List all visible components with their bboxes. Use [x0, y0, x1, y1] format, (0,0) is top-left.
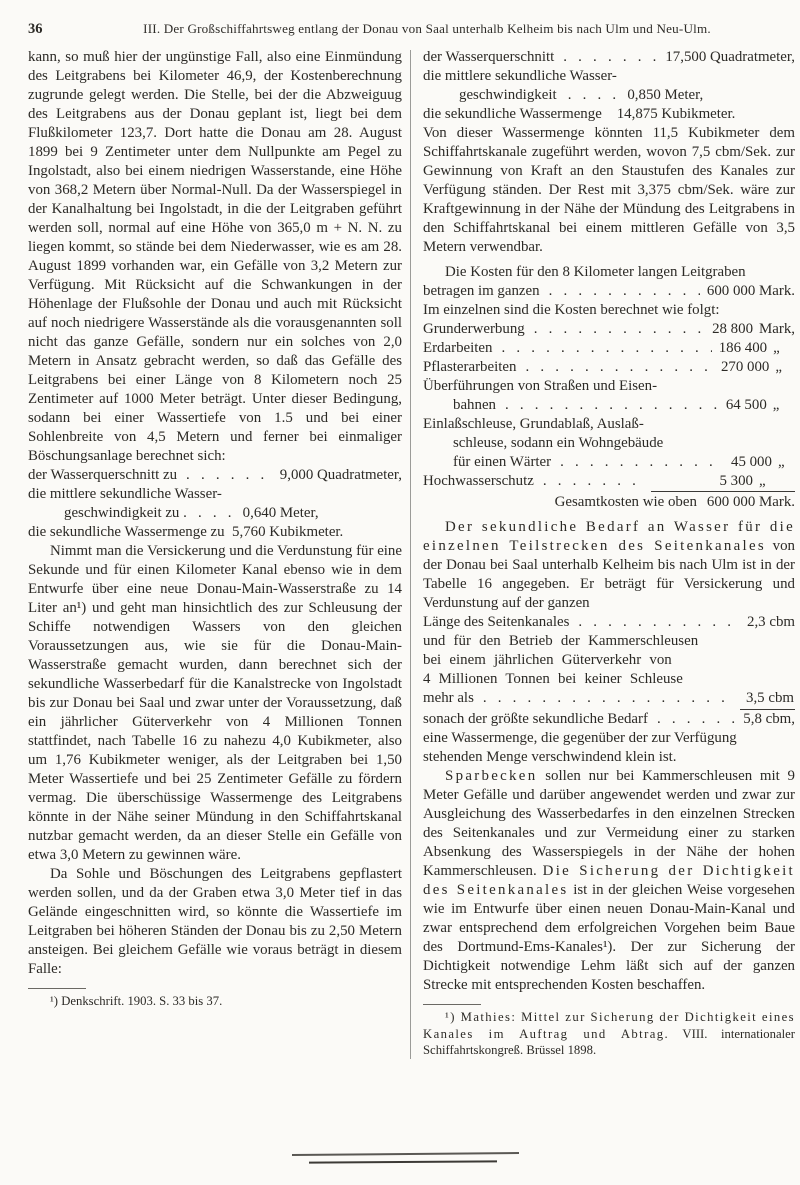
- water-velocity-label-line: die mittlere sekundliche Wasser-: [423, 67, 795, 86]
- line-label: der Wasserquerschnitt zu: [28, 466, 177, 485]
- cost-amount: 64 500: [726, 396, 767, 415]
- water-volume-line: die sekundliche Wassermenge zu 5,760 Kub…: [28, 523, 402, 542]
- paragraph-wassermenge: Von dieser Wassermenge könnten 11,5 Kubi…: [423, 124, 795, 257]
- cost-row-schleusen: Einlaßschleuse, Grundablaß, Auslaß- schl…: [423, 415, 795, 472]
- leader-dots: . . . . . . . . . . . . . . . . . . . . …: [543, 472, 644, 491]
- text-columns: kann, so muß hier der ungünstige Fall, a…: [0, 46, 800, 1059]
- line-value: 600 000 Mark.: [707, 282, 795, 301]
- footnote-right: ¹) Mathies: Mittel zur Sicherung der Dic…: [423, 1009, 795, 1059]
- cost-unit: „: [769, 358, 795, 377]
- water-volume-line: die sekundliche Wassermenge 14,875 Kubik…: [423, 105, 795, 124]
- line-value: 9,000 Quadratmeter,: [280, 466, 402, 485]
- line-value: 2,3 cbm: [747, 613, 795, 632]
- cost-amount: 5 300: [689, 472, 753, 491]
- bedarf-line-schluss2: stehenden Menge verschwindend klein ist.: [423, 748, 795, 767]
- cost-intro-line: Die Kosten für den 8 Kilometer langen Le…: [423, 263, 795, 282]
- cost-section: Die Kosten für den 8 Kilometer langen Le…: [423, 263, 795, 512]
- plain-text: ist in der gleichen Weise vorgesehen wie…: [423, 882, 795, 993]
- bedarf-line-tonnen: 4 Millionen Tonnen bei keiner Schleuse: [423, 670, 795, 689]
- bedarf-line-laenge: Länge des Seitenkanales . . . . . . . . …: [423, 613, 795, 632]
- leader-dots: . . . . . . . . . . . . . . . . . . . . …: [483, 689, 733, 708]
- water-cross-section-line: der Wasserquerschnitt zu . . . . . . . .…: [28, 466, 402, 485]
- cost-label: Erdarbeiten: [423, 339, 492, 358]
- paragraph-bedarf-intro: Der sekundliche Bedarf an Wasser für die…: [423, 518, 795, 613]
- footnote-rule: [28, 988, 86, 989]
- cost-label: Hochwasserschutz: [423, 472, 534, 491]
- cost-label: Grunderwerbung: [423, 320, 525, 339]
- bedarf-line-summe: sonach der größte sekundliche Bedarf . .…: [423, 710, 795, 729]
- column-divider: [410, 50, 411, 1059]
- paragraph-sohle: Da Sohle und Böschungen des Leitgrabens …: [28, 865, 402, 979]
- cost-unit: „: [753, 472, 795, 491]
- line-value-underlined: 3,5 cbm: [740, 689, 795, 710]
- bedarf-line-mehr-als: mehr als . . . . . . . . . . . . . . . .…: [423, 689, 795, 710]
- cost-total-intro-line: betragen im ganzen . . . . . . . . . . .…: [423, 282, 795, 301]
- cost-list-header: Im einzelnen sind die Kosten berechnet w…: [423, 301, 795, 320]
- cost-row-ueberfuehrungen: Überführungen von Straßen und Eisen- bah…: [423, 377, 795, 415]
- footnote-left: ¹) Denkschrift. 1903. S. 33 bis 37.: [28, 993, 402, 1010]
- leader-dots: . . . . . . . . . . . . . . . . . . . . …: [657, 710, 736, 729]
- bedarf-line-gueterverkehr: bei einem jährlichen Güterverkehr von: [423, 651, 795, 670]
- cost-label-line1: Überführungen von Straßen und Eisen-: [423, 377, 795, 396]
- leader-dots: . . . . . . . . . . . . . . . . . . . . …: [534, 320, 705, 339]
- total-label: Gesamtkosten wie oben: [555, 493, 697, 512]
- line-label: Länge des Seitenkanales: [423, 613, 569, 632]
- cost-row-erdarbeiten: Erdarbeiten . . . . . . . . . . . . . . …: [423, 339, 795, 358]
- leader-dots: . . . . . . . . . . . . . . . . . . . . …: [525, 358, 714, 377]
- cost-amount: 186 400: [719, 339, 767, 358]
- paragraph-sparbecken: Sparbecken sollen nur bei Kammerschleuse…: [423, 767, 795, 995]
- cost-amount: 28 800: [712, 320, 753, 339]
- spaced-text: Der sekundliche Bedarf an Wasser für die…: [423, 519, 795, 554]
- cost-row-hochwasserschutz: Hochwasserschutz . . . . . . . . . . . .…: [423, 472, 795, 492]
- bedarf-section: Der sekundliche Bedarf an Wasser für die…: [423, 518, 795, 767]
- cost-amount: 45 000: [731, 453, 772, 472]
- line-label: der Wasserquerschnitt: [423, 48, 554, 67]
- left-column: kann, so muß hier der ungünstige Fall, a…: [28, 48, 402, 1059]
- water-cross-section-line: der Wasserquerschnitt . . . . . . . . . …: [423, 48, 795, 67]
- leader-dots: . . . . . . . . . . . . . . . . . . . . …: [578, 613, 740, 632]
- running-header: III. Der Großschiffahrtsweg entlang der …: [86, 21, 768, 37]
- page-header: 36 III. Der Großschiffahrtsweg entlang d…: [0, 0, 800, 46]
- right-column: der Wasserquerschnitt . . . . . . . . . …: [423, 48, 795, 1059]
- cost-label-line2: schleuse, sodann ein Wohngebäude: [423, 434, 795, 453]
- water-velocity-value-line: geschwindigkeit zu . . . . 0,640 Meter,: [28, 504, 402, 523]
- total-value: 600 000 Mark.: [707, 493, 795, 512]
- line-label: betragen im ganzen: [423, 282, 540, 301]
- leader-dots: . . . . . . . . . . . . . . . . . . . . …: [563, 48, 658, 67]
- water-velocity-label-line: die mittlere sekundliche Wasser-: [28, 485, 402, 504]
- cost-amount: 270 000: [721, 358, 769, 377]
- sum-rule: 5 300„: [651, 472, 795, 492]
- line-label: sonach der größte sekundliche Bedarf: [423, 710, 648, 729]
- page-number: 36: [28, 21, 86, 38]
- page-end-rule-top: [292, 1152, 519, 1156]
- cost-row-pflasterarbeiten: Pflasterarbeiten . . . . . . . . . . . .…: [423, 358, 795, 377]
- bedarf-line-schluss1: eine Wassermenge, die gegenüber der zur …: [423, 729, 795, 748]
- footnote-rule: [423, 1004, 481, 1005]
- paragraph-continuation: kann, so muß hier der ungünstige Fall, a…: [28, 48, 402, 466]
- line-value: 17,500 Quadratmeter,: [665, 48, 795, 67]
- leader-dots: . . . . . . . . . . . . . . . . . . . . …: [505, 396, 719, 415]
- cost-total-line: Gesamtkosten wie oben 600 000 Mark.: [423, 493, 795, 512]
- leader-dots: . . . . . . . . . . . . . . . . . . . . …: [560, 453, 724, 472]
- book-page: 36 III. Der Großschiffahrtsweg entlang d…: [0, 0, 800, 1185]
- cost-label: Pflasterarbeiten: [423, 358, 516, 377]
- cost-unit: „: [767, 339, 795, 358]
- leader-dots: . . . . . . . . . . . . . . . . . . . . …: [186, 466, 273, 485]
- spaced-text: Sparbecken: [445, 768, 537, 784]
- line-label: mehr als: [423, 689, 474, 708]
- cost-label-line1: Einlaßschleuse, Grundablaß, Auslaß-: [423, 415, 795, 434]
- cost-unit: Mark,: [753, 320, 795, 339]
- leader-dots: . . . . . . . . . . . . . . . . . . . . …: [501, 339, 711, 358]
- water-velocity-value-line: geschwindigkeit . . . . 0,850 Meter,: [423, 86, 795, 105]
- cost-row-grunderwerbung: Grunderwerbung . . . . . . . . . . . . .…: [423, 320, 795, 339]
- cost-label-line3: für einen Wärter: [453, 453, 551, 472]
- bedarf-line-betrieb: und für den Betrieb der Kammerschleusen: [423, 632, 795, 651]
- page-end-rule-bottom: [309, 1160, 497, 1164]
- paragraph-versickerung: Nimmt man die Versickerung und die Verdu…: [28, 542, 402, 865]
- cost-unit: „: [772, 453, 795, 472]
- cost-label-line2: bahnen: [453, 396, 496, 415]
- line-value: 5,8 cbm,: [743, 710, 795, 729]
- leader-dots: . . . . . . . . . . . . . . . . . . . . …: [549, 282, 700, 301]
- cost-unit: „: [767, 396, 795, 415]
